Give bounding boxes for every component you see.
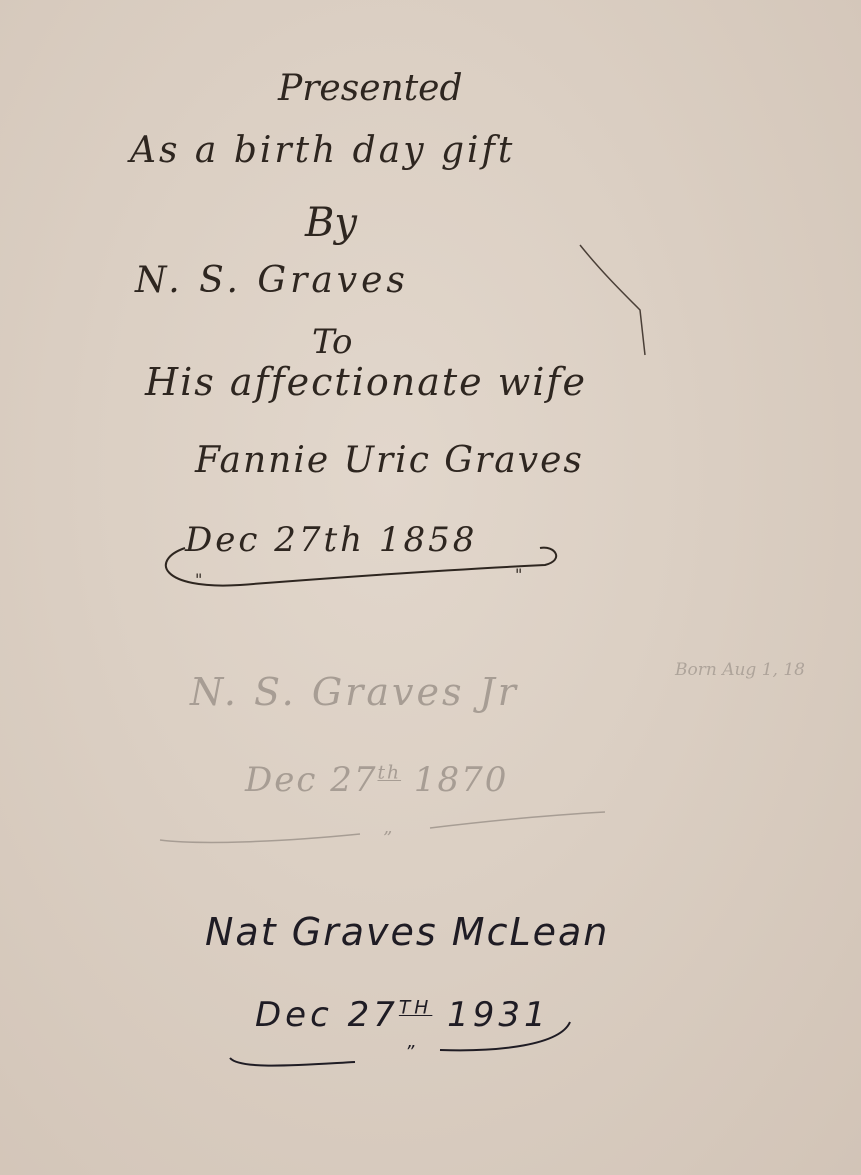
name-1931: Nat Graves McLean [205, 910, 609, 954]
name-1870: N. S. Graves Jr [190, 670, 519, 714]
ditto-mark-1858-left: " [195, 570, 202, 589]
recipient-name: Fannie Uric Graves [195, 440, 584, 481]
presented-line: Presented [278, 68, 463, 109]
affectionate-wife-line: His affectionate wife [145, 360, 587, 404]
date-1870-year: 1870 [414, 760, 509, 800]
birthday-gift-line: As a birth day gift [130, 130, 515, 171]
date-1931-year: 1931 [447, 995, 550, 1035]
date-1870-suffix: th [378, 763, 402, 784]
date-1931-suffix: TH [399, 998, 432, 1019]
date-1870-day: Dec 27 [245, 760, 378, 800]
inscription-page: Presented As a birth day gift By N. S. G… [0, 0, 861, 1175]
ditto-mark-1870: ” [383, 828, 392, 849]
date-1931-day: Dec 27 [255, 995, 399, 1035]
to-line: To [312, 322, 353, 362]
date-1870: Dec 27th 1870 [245, 760, 508, 800]
ditto-mark-1931: ” [405, 1042, 414, 1063]
giver-name: N. S. Graves [135, 260, 409, 301]
date-1931: Dec 27TH 1931 [255, 995, 550, 1035]
date-1858: Dec 27th 1858 [185, 520, 477, 560]
ditto-mark-1858-right: " [515, 565, 522, 584]
margin-note-born: Born Aug 1, 18 [675, 660, 805, 680]
by-line: By [305, 200, 357, 246]
